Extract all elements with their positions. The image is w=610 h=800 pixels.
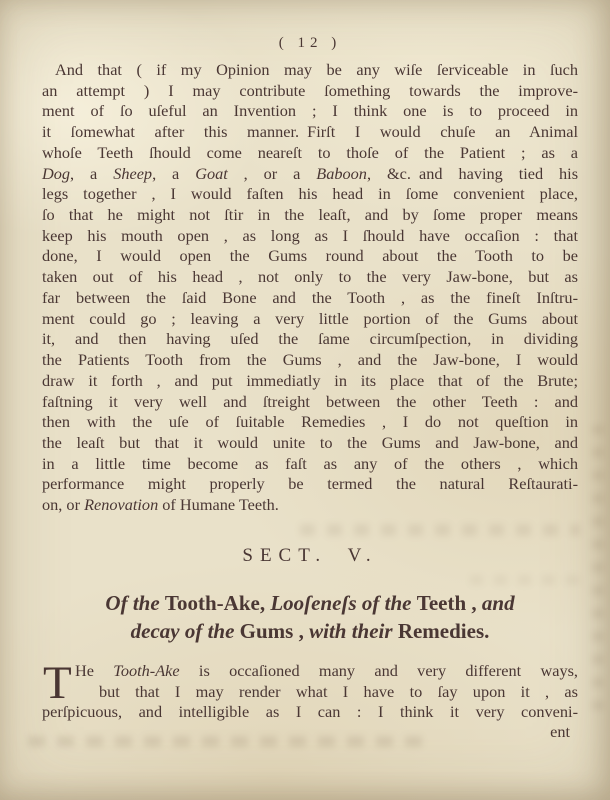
text-line: on, or Renovation of Humane Teeth.	[42, 495, 578, 516]
text-line: whoſe Teeth ſhould come neareſt to thoſe…	[42, 143, 578, 164]
text-line: but that I may render what I have to ſay…	[42, 682, 578, 703]
text-line: an attempt ) I may contribute ſomething …	[42, 81, 578, 102]
subheading-line: decay of the Gums , with their Remedies.	[42, 618, 578, 646]
text-line: ſo that he might not ſtir in the leaſt, …	[42, 205, 578, 226]
text-line: legs together , I would faſten his head …	[42, 184, 578, 205]
text-line: Dog, a Sheep, a Goat , or a Baboon, &c. …	[42, 164, 578, 185]
text-line: ment could go ; leaving a very little po…	[42, 309, 578, 330]
text-line: taken out of his head , not only to the …	[42, 267, 578, 288]
text-line: And that ( if my Opinion may be any wiſe…	[42, 60, 578, 81]
text-line: He Tooth-Ake is occaſioned many and very…	[42, 661, 578, 682]
paragraph-secondary: T He Tooth-Ake is occaſioned many and ve…	[42, 661, 578, 723]
text-line: draw it forth , and put immediatly in it…	[42, 371, 578, 392]
bleedthrough-mark	[592, 420, 604, 710]
text-line: performance might properly be termed the…	[42, 474, 578, 495]
bleedthrough-mark	[300, 524, 580, 536]
section-heading: SECT. V.	[42, 545, 578, 567]
paragraph-main: And that ( if my Opinion may be any wiſe…	[42, 60, 578, 516]
text-line: it ſomewhat after this manner. Firſt I w…	[42, 122, 578, 143]
bleedthrough-mark	[470, 575, 580, 585]
drop-cap: T	[43, 663, 72, 703]
text-line: perſpicuous, and intelligible as I can :…	[42, 702, 578, 723]
section-subheading: Of the Tooth-Ake, Looſeneſs of the Teeth…	[42, 590, 578, 645]
text-line: ment of ſo uſeful an Invention ; I think…	[42, 101, 578, 122]
text-line: the leaſt but that it would unite to the…	[42, 433, 578, 454]
text-line: done, I would open the Gums round about …	[42, 246, 578, 267]
page-number-header: ( 12 )	[42, 35, 578, 52]
text-line: then with the uſe of ſuitable Remedies ,…	[42, 412, 578, 433]
text-line: keep his mouth open , as long as I ſhoul…	[42, 226, 578, 247]
text-line: in a little time become as faſt as any o…	[42, 454, 578, 475]
text-line: the Patients Tooth from the Gums , and t…	[42, 350, 578, 371]
text-line: it, and then having uſed the ſame circum…	[42, 329, 578, 350]
subheading-line: Of the Tooth-Ake, Looſeneſs of the Teeth…	[42, 590, 578, 618]
text-line: far between the ſaid Bone and the Tooth …	[42, 288, 578, 309]
text-line: faſtning it very well and ſtreight betwe…	[42, 392, 578, 413]
catchword: ent	[42, 722, 570, 742]
